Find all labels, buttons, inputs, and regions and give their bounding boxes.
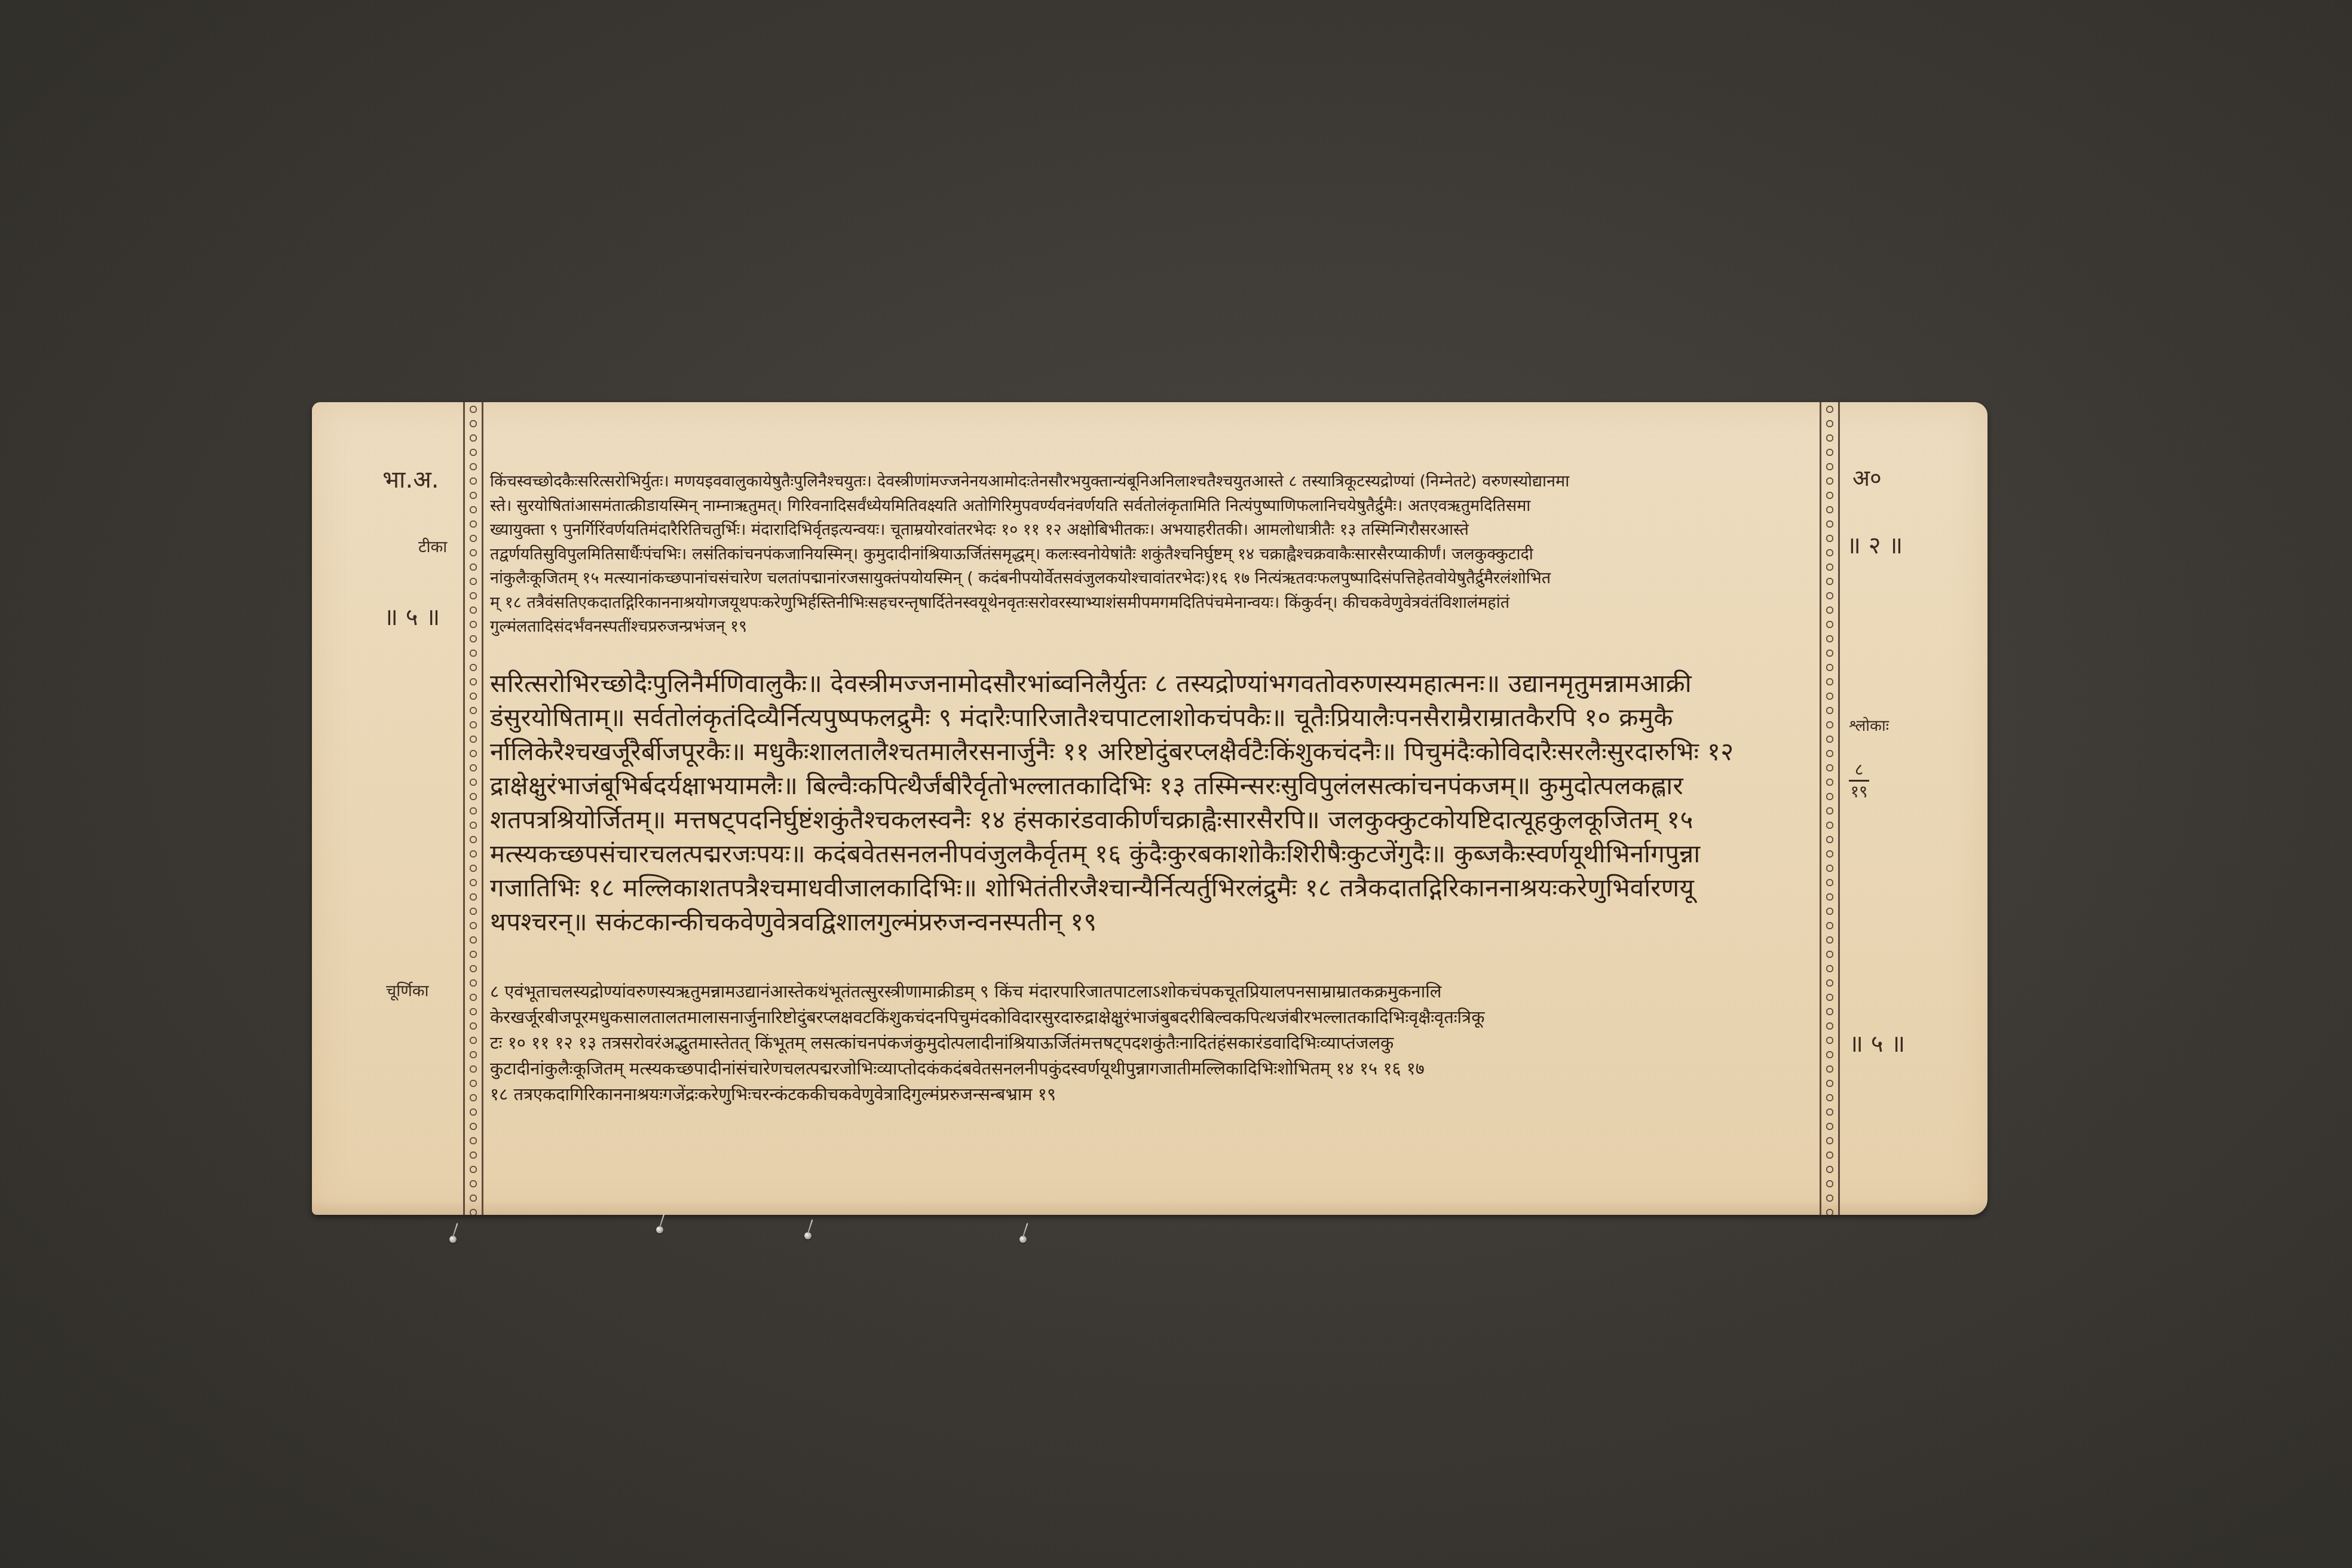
commentary-line: म् १८ तत्रैवंसतिएकदातद्गिरिकाननाश्रयोगजय… — [490, 591, 1812, 615]
shloka-range-start: ८ — [1849, 761, 1869, 779]
commentary-line: तद्वर्णयतिसुविपुलमितिसार्धैःपंचभिः। लसंत… — [490, 543, 1812, 567]
mounting-pin-icon — [449, 1236, 457, 1243]
right-folio-number: ॥ ५ ॥ — [1849, 1026, 1905, 1059]
shloka-range-end: १९ — [1849, 783, 1869, 801]
chapter-number: ॥ २ ॥ — [1846, 528, 1903, 561]
commentary-line: गुल्मंलतादिसंदर्भंवनस्पतींश्चप्ररुजन्प्र… — [490, 615, 1812, 639]
commentary-line: स्ते। सुरयोषितांआसमंतात्क्रीडायस्मिन् ना… — [490, 494, 1812, 519]
churnika-line: कुटादीनांकुलैःकूजितम् मत्स्यकच्छपादीनांस… — [490, 1056, 1812, 1082]
main-verses: सरित्सरोभिरच्छोदैःपुलिनैर्मणिवालुकैः॥ दे… — [490, 666, 1812, 939]
verse-line: डंसुरयोषिताम्॥ सर्वतोलंकृतंदिव्यैर्नित्य… — [490, 700, 1812, 734]
left-ornamental-border — [463, 402, 483, 1215]
left-folio-number: ॥ ५ ॥ — [384, 599, 440, 632]
churnika-line: टः १० ११ १२ १३ तत्रसरोवरंअद्भुतमास्तेतत्… — [490, 1030, 1812, 1056]
adhyaya-abbreviation: अ० — [1852, 462, 1882, 493]
verse-line: र्नालिकेरैश्चखर्जूरैर्बीजपूरकैः॥ मधुकैःश… — [490, 734, 1812, 768]
section-label-churnika: चूर्णिका — [386, 979, 428, 1001]
shlokas-label: श्लोकाः — [1849, 714, 1889, 736]
title-abbreviation: भा.अ. — [382, 462, 439, 495]
mounting-pin-icon — [656, 1226, 663, 1233]
manuscript-folio: भा.अ. टीका ॥ ५ ॥ चूर्णिका अ० ॥ २ ॥ श्लोक… — [312, 402, 1987, 1215]
verse-line: थपश्चरन्॥ सकंटकान्कीचकवेणुवेत्रवद्विशालग… — [490, 905, 1812, 939]
churnika-line: १८ तत्रएकदागिरिकाननाश्रयःगजेंद्रःकरेणुभि… — [490, 1082, 1812, 1107]
verse-line: मत्स्यकच्छपसंचारचलत्पद्मरजःपयः॥ कदंबवेतस… — [490, 837, 1812, 871]
verse-line: सरित्सरोभिरच्छोदैःपुलिनैर्मणिवालुकैः॥ दे… — [490, 666, 1812, 700]
churnika-line: केरखर्जूरबीजपूरमधुकसालतालतमालासनार्जुनार… — [490, 1004, 1812, 1030]
commentary-tika: किंचस्वच्छोदकैःसरित्सरोभिर्युतः। मणयइववा… — [490, 470, 1812, 639]
mounting-pin-icon — [1019, 1236, 1027, 1243]
commentary-line: किंचस्वच्छोदकैःसरित्सरोभिर्युतः। मणयइववा… — [490, 470, 1812, 494]
mounting-pin-icon — [804, 1232, 811, 1239]
section-label-tika: टीका — [418, 535, 447, 557]
shloka-range-fraction: ८ १९ — [1849, 761, 1869, 801]
verse-line: द्राक्षेक्षुरंभाजंबूभिर्बदर्यक्षाभयामलैः… — [490, 768, 1812, 803]
verse-line: शतपत्रश्रियोर्जितम्॥ मत्तषट्पदनिर्घुष्टं… — [490, 803, 1812, 837]
churnika-line: ८ एवंभूताचलस्यद्रोण्यांवरुणस्यऋतुमन्नामउ… — [490, 979, 1812, 1004]
right-ornamental-border — [1820, 402, 1840, 1215]
commentary-line: नांकुलैःकूजितम् १५ मत्स्यानांकच्छपानांचस… — [490, 566, 1812, 591]
commentary-churnika: ८ एवंभूताचलस्यद्रोण्यांवरुणस्यऋतुमन्नामउ… — [490, 979, 1812, 1107]
verse-line: गजातिभिः १८ मल्लिकाशतपत्रैश्चमाधवीजालकाद… — [490, 871, 1812, 905]
commentary-line: ख्यायुक्ता ९ पुनर्गिरिंवर्णयतिमंदारैरिति… — [490, 518, 1812, 543]
